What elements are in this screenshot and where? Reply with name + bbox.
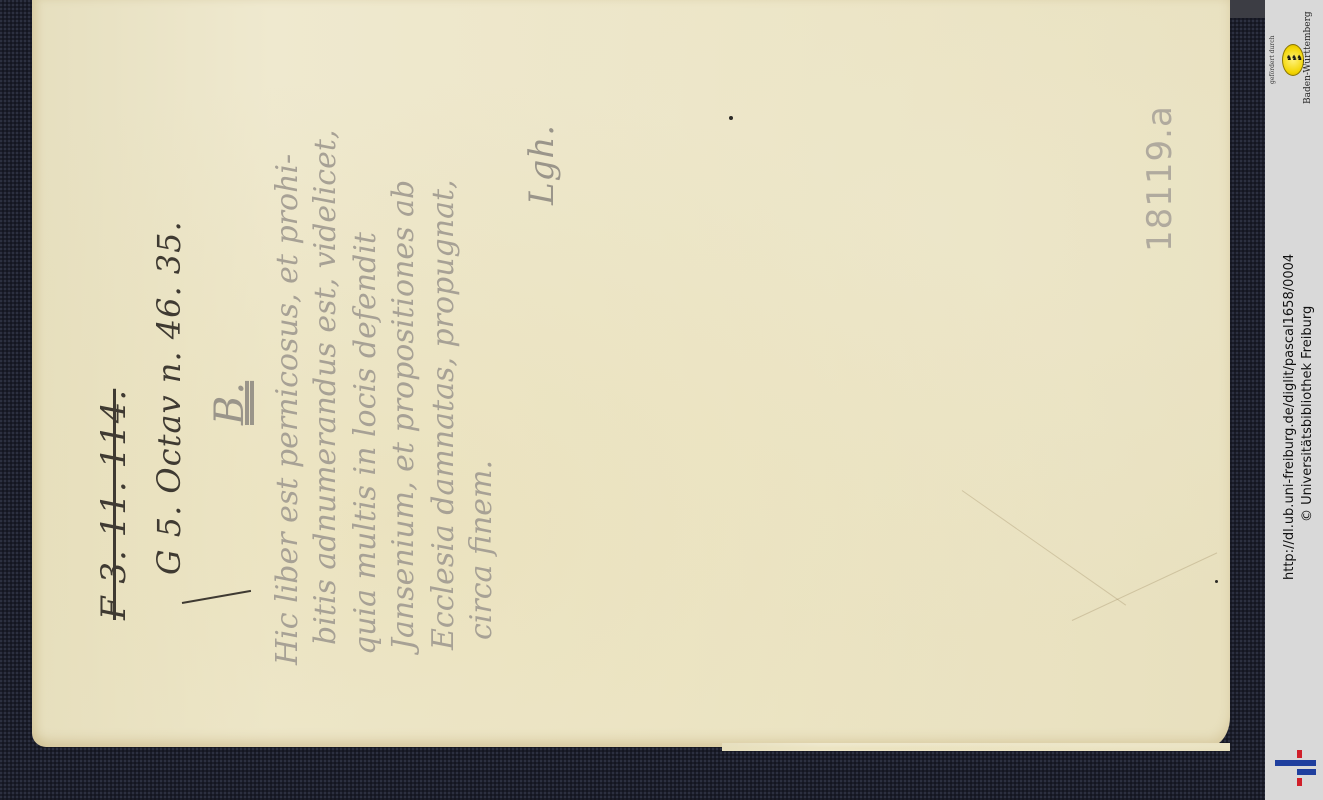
sponsor-name: Baden-Württemberg [1303, 11, 1313, 104]
text-line-6: circa finem. [464, 460, 499, 640]
paper-crease [962, 490, 1126, 606]
text-line-3: quia multis in locis defendit [348, 232, 383, 655]
copyright-notice: © Universitätsbibliothek Freiburg [1300, 306, 1315, 522]
text-line-2: bitis adnumerandus est, videlicet, [308, 130, 343, 645]
sponsor-block: gefördert durch ♞♞♞ Baden-Württemberg [1265, 0, 1323, 110]
text-line-4: Jansenium, et propositiones ab [386, 180, 421, 650]
ink-spot [729, 116, 733, 120]
shelfmark-second: G 5. Octav n. 46. 35. [150, 220, 188, 575]
sponsor-label: gefördert durch [1269, 36, 1276, 84]
shelfmark-struck: F 3. 11. 114. [94, 389, 134, 620]
ink-spot [1215, 580, 1218, 583]
initial-letter: B. [207, 381, 253, 425]
pencil-shelf-number: 18119.a [1140, 105, 1180, 252]
baden-wuerttemberg-crest-icon: ♞♞♞ [1282, 44, 1304, 76]
text-line-5: Ecclesia damnatas, propugnat, [426, 179, 461, 650]
library-sidebar: gefördert durch ♞♞♞ Baden-Württemberg ht… [1265, 0, 1323, 800]
censor-signature: Lgh. [522, 124, 562, 205]
text-line-1: Hic liber est pernicosus, et prohi- [270, 154, 305, 665]
manuscript-page: F 3. 11. 114. G 5. Octav n. 46. 35. B. H… [32, 0, 1230, 747]
source-url[interactable]: http://dl.ub.uni-freiburg.de/diglit/pasc… [1282, 254, 1297, 580]
ub-freiburg-logo-icon [1275, 750, 1317, 790]
ink-stroke [182, 590, 251, 604]
paper-crease [1072, 552, 1217, 621]
